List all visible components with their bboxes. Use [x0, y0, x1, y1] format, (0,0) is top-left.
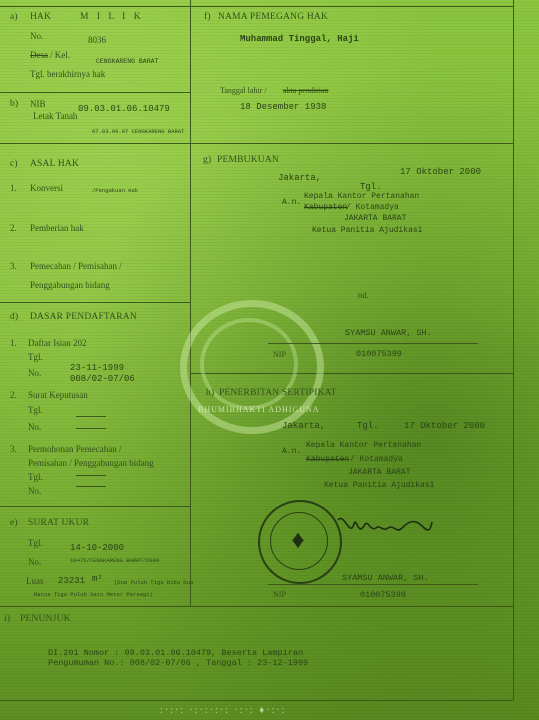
- section-c-letter: c): [10, 159, 18, 169]
- penerbitan-nip-value: 010075399: [360, 590, 406, 600]
- bottom-border: [0, 700, 513, 701]
- luas-unit: m²: [92, 574, 103, 584]
- dasar-1-label: Daftar Isian 202: [28, 338, 86, 348]
- rule-de: [0, 506, 190, 507]
- dasar-3-tgl-blank: [76, 475, 106, 476]
- penerbitan-an: A.n.: [282, 447, 301, 456]
- surat-ukur-tgl-value: 14-10-2000: [70, 543, 124, 553]
- section-h-title: PENERBITAN SERTIPIKAT: [219, 388, 337, 398]
- dasar-2-label: Surat Keputusan: [28, 390, 88, 400]
- pembukuan-office-3: JAKARTA BARAT: [344, 214, 406, 223]
- section-d-title: DASAR PENDAFTARAN: [30, 312, 137, 322]
- penerbitan-office-2-struck: Kabupaten: [306, 455, 349, 464]
- penerbitan-signature-line: [268, 584, 478, 585]
- section-a-title: HAK: [30, 12, 51, 22]
- section-i-title: PENUNJUK: [20, 614, 71, 624]
- dasar-2-no-label: No.: [28, 422, 41, 432]
- luas-words-2: Ratus Tiga Puluh Satu Meter Persegi): [34, 591, 153, 598]
- dob-label-struck: akta pendirian: [283, 86, 329, 95]
- asal-hak-2-label: Pemberian hak: [30, 223, 84, 233]
- penerbitan-office-4: Ketua Panitia Ajudikasi: [324, 481, 434, 490]
- nib-label: NIB: [30, 99, 46, 109]
- penerbitan-tgl-label: Tgl.: [357, 421, 379, 431]
- rule-ab: [0, 92, 190, 93]
- dasar-1-tgl-value: 23-11-1999: [70, 363, 124, 373]
- asal-hak-3-label: Pemecahan / Pemisahan /: [30, 261, 122, 271]
- pembukuan-nip-value: 010075399: [356, 349, 402, 359]
- pembukuan-an: A.n.: [282, 198, 301, 207]
- dob-value: 18 Desember 1938: [240, 102, 326, 112]
- luas-label: Luas: [26, 576, 44, 586]
- asal-hak-1-value: /Pengakuan Hak: [92, 187, 138, 194]
- section-a-letter: a): [10, 12, 18, 22]
- pembukuan-office-2-struck: Kabupaten: [304, 203, 347, 212]
- pembukuan-office-4: Ketua Panitia Ajudikasi: [312, 226, 422, 235]
- desa-label: Desa: [30, 50, 48, 60]
- section-h-letter: h): [206, 388, 214, 398]
- section-d-letter: d): [10, 312, 18, 322]
- luas-value: 23231: [58, 576, 85, 586]
- section-e-title: SURAT UKUR: [28, 518, 89, 528]
- location-value: 07.03.09.07 CENGKARENG BARAT: [92, 128, 184, 135]
- surat-ukur-no-label: No.: [28, 557, 41, 567]
- pembukuan-office-1: Kepala Kantor Pertanahan: [304, 192, 419, 201]
- dasar-3-num: 3.: [10, 444, 17, 454]
- rule-bc: [0, 143, 513, 144]
- top-border: [0, 6, 513, 7]
- dasar-1-tgl-label: Tgl.: [28, 352, 43, 362]
- section-e-letter: e): [10, 518, 18, 528]
- hak-no-value: 8036: [88, 35, 106, 45]
- certificate-paper: BHUMIBHAKTI ADHIGUNA a) HAK M I L I K No…: [0, 0, 539, 720]
- pembukuan-signature-line: [268, 343, 478, 344]
- section-g-title: PEMBUKUAN: [217, 155, 279, 165]
- penerbitan-office-3: JAKARTA BARAT: [348, 468, 410, 477]
- pembukuan-office-2: / Kotamadya: [346, 203, 399, 212]
- dasar-2-tgl-label: Tgl.: [28, 405, 43, 415]
- pembukuan-date: 17 Oktober 2000: [400, 167, 481, 177]
- penerbitan-date: 17 Oktober 2000: [404, 421, 485, 431]
- asal-hak-1-num: 1.: [10, 183, 17, 193]
- kel-value: CENGKARENG BARAT: [96, 58, 158, 65]
- dasar-1-num: 1.: [10, 338, 17, 348]
- penerbitan-official-name: SYAMSU ANWAR, SH.: [342, 573, 429, 583]
- surat-ukur-tgl-label: Tgl.: [28, 538, 43, 548]
- asal-hak-2-num: 2.: [10, 223, 17, 233]
- rule-ei: [0, 606, 513, 607]
- dob-label: Tanggal lahir /: [220, 86, 267, 95]
- asal-hak-3-num: 3.: [10, 261, 17, 271]
- dasar-3-label: Permohonan Pemecahan /: [28, 444, 121, 454]
- penunjuk-line-2: Pengumuman No.: 008/02-07/06 , Tanggal :…: [48, 658, 308, 668]
- penunjuk-line-1: DI.201 Nomor : 09.03.01.06.10479, Besert…: [48, 648, 303, 658]
- section-b-letter: b): [10, 99, 18, 109]
- pembukuan-nip-label: NIP: [273, 350, 286, 359]
- expiry-label: Tgl. berakhirnya hak: [30, 69, 105, 79]
- penerbitan-nip-label: NIP: [273, 590, 286, 599]
- dasar-1-no-value: 008/02-07/06: [70, 374, 135, 384]
- section-c-title: ASAL HAK: [30, 159, 79, 169]
- signature: [336, 510, 436, 540]
- dasar-2-tgl-blank: [76, 416, 106, 417]
- section-i-letter: i): [4, 614, 10, 624]
- dasar-3-no-label: No.: [28, 486, 41, 496]
- penerbitan-office-2: / Kotamadya: [350, 455, 403, 464]
- asal-hak-1-label: Konversi: [30, 183, 63, 193]
- dasar-3-label2: Pemisahan / Penggabungan bidang: [28, 458, 154, 468]
- garuda-emblem-icon: ♦: [284, 522, 312, 558]
- asal-hak-3-label2: Penggabungan bidang: [30, 280, 110, 290]
- perforation-marks: :·:·: ·:·:·:·: ·:·: ♦·:·:: [160, 705, 286, 716]
- penerbitan-city: Jakarta,: [282, 421, 325, 431]
- luas-words-1: (Dua Puluh Tiga Ribu Dua: [114, 579, 193, 586]
- penerbitan-office-1: Kepala Kantor Pertanahan: [306, 441, 421, 450]
- holder-name: Muhammad Tinggal, Haji: [240, 34, 359, 44]
- kel-label: / Kel.: [50, 50, 70, 60]
- pembukuan-tgl-label: Tgl.: [360, 182, 382, 192]
- dasar-2-num: 2.: [10, 390, 17, 400]
- nib-value: 09.03.01.06.10479: [78, 104, 170, 114]
- dasar-3-no-blank: [76, 486, 106, 487]
- rule-cd: [0, 302, 190, 303]
- surat-ukur-no-value: 10475/CENGKARENG BARAT/2000: [70, 557, 159, 564]
- pembukuan-official-name: SYAMSU ANWAR, SH.: [345, 328, 432, 338]
- pembukuan-ttd: ttd.: [358, 291, 368, 300]
- right-border: [513, 0, 514, 700]
- location-label: Letak Tanah: [33, 111, 77, 121]
- pembukuan-city: Jakarta,: [278, 173, 321, 183]
- dasar-2-no-blank: [76, 428, 106, 429]
- section-f-letter: f): [204, 12, 211, 22]
- watermark-text: BHUMIBHAKTI ADHIGUNA: [198, 405, 320, 414]
- section-a-title-right: M I L I K: [80, 12, 144, 22]
- dasar-3-tgl-label: Tgl.: [28, 472, 43, 482]
- section-f-title: NAMA PEMEGANG HAK: [218, 12, 328, 22]
- dasar-1-no-label: No.: [28, 368, 41, 378]
- hak-no-label: No.: [30, 31, 43, 41]
- section-g-letter: g): [203, 155, 211, 165]
- center-divider: [190, 0, 191, 606]
